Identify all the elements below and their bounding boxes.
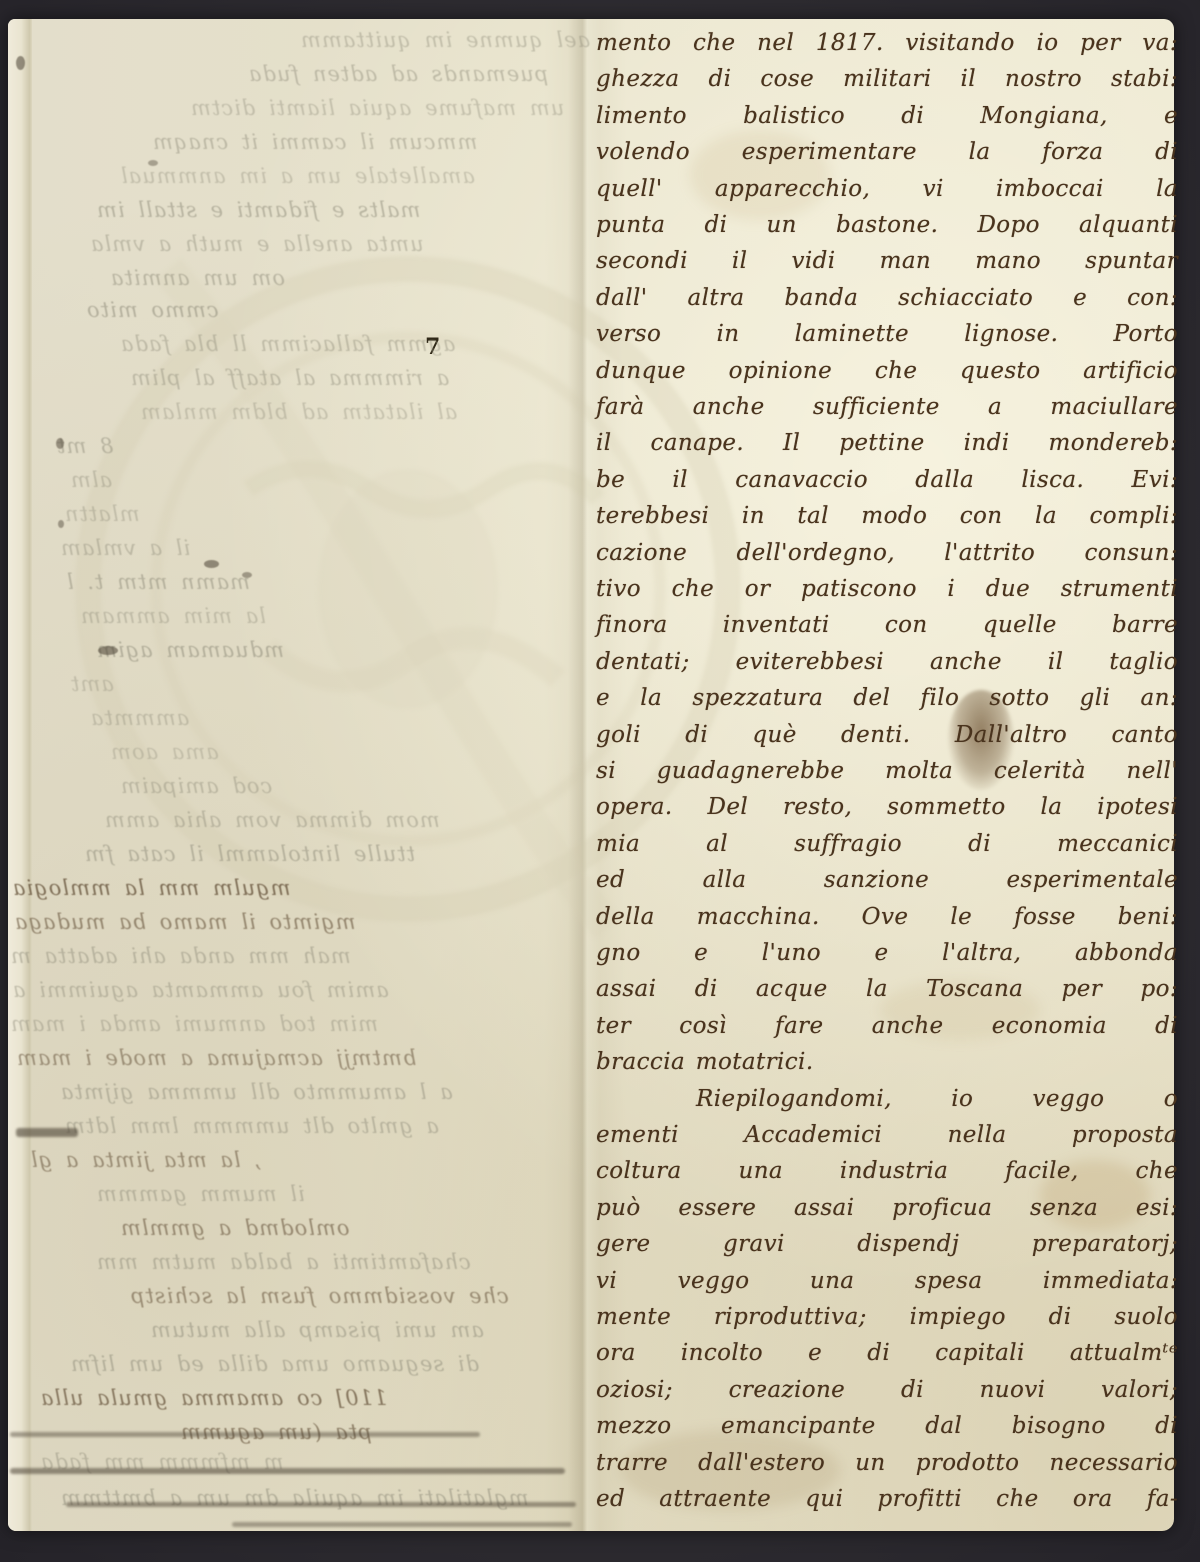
ink-speck bbox=[16, 56, 25, 70]
bleed-through-line: um mafume aquia liamti dictm bbox=[190, 98, 564, 119]
bleed-through-line: a gmlto dlt ummmm lmm ldtm bbox=[64, 1116, 439, 1137]
bleed-through-line: mom dimma vom ahia amm bbox=[104, 810, 440, 831]
bleed-through-line: am umi pisamp alla mutum bbox=[150, 1320, 484, 1341]
manuscript-line: ora incolto e di capitali attualmᵗᵉ bbox=[596, 1338, 1178, 1374]
manuscript-line: Riepilogandomi, io veggo o bbox=[596, 1084, 1178, 1120]
ink-speck bbox=[58, 520, 64, 528]
paper-edge bbox=[8, 19, 32, 1531]
manuscript-line: dentati; eviterebbesi anche il taglio bbox=[596, 647, 1178, 683]
bleed-through-line: a l amummto dll ummma gijmta bbox=[60, 1082, 453, 1103]
bleed-through-line: , la mta jimta a gl bbox=[30, 1150, 261, 1171]
manuscript-line: ter così fare anche economia di bbox=[596, 1011, 1178, 1047]
manuscript-line: gere gravi dispendj preparatorj; bbox=[596, 1229, 1178, 1265]
manuscript-line: punta di un bastone. Dopo alquanti bbox=[596, 210, 1178, 246]
manuscript-line: mezzo emancipante dal bisogno di bbox=[596, 1411, 1178, 1447]
manuscript-line: quell' apparecchio, vi imboccai la bbox=[596, 174, 1178, 210]
manuscript-line: tivo che or patiscono i due strumenti bbox=[596, 574, 1178, 610]
bleed-through-line: ammmta bbox=[90, 708, 189, 729]
bleed-through-line: amt bbox=[70, 674, 114, 695]
bleed-through-line: mgulm mm la mmlogia bbox=[12, 878, 290, 899]
manuscript-line: terebbesi in tal modo con la compli: bbox=[596, 501, 1178, 537]
manuscript-line: oziosi; creazione di nuovi valori; bbox=[596, 1375, 1178, 1411]
bleed-through-line: il mumm gammm bbox=[96, 1184, 305, 1205]
ink-speck bbox=[204, 560, 219, 568]
bleed-through-line: ama aom bbox=[110, 742, 219, 763]
bleed-through-line: al ilatatm ad bldm mnlam bbox=[140, 402, 457, 423]
bleed-through-line: malts e fidamti e sttall im bbox=[96, 200, 420, 221]
ink-smudge bbox=[232, 1522, 572, 1527]
bleed-through-line: amalletale um a im anmmual bbox=[120, 166, 475, 187]
bleed-through-line: umta anella e muth a vmla bbox=[90, 234, 424, 255]
manuscript-line: mento che nel 1817. visitando io per va: bbox=[596, 28, 1178, 64]
manuscript-line: opera. Del resto, sommetto la ipotesi bbox=[596, 792, 1178, 828]
manuscript-line: dall' altra banda schiacciato e con: bbox=[596, 283, 1178, 319]
manuscript-line: e la spezzatura del filo sotto gli an: bbox=[596, 683, 1178, 719]
bleed-through-line: a rimmma al ataff al plim bbox=[130, 368, 449, 389]
bleed-through-line: cmmo mito bbox=[86, 300, 219, 321]
ink-smudge bbox=[16, 1128, 78, 1137]
manuscript-line: della macchina. Ove le fosse beni: bbox=[596, 902, 1178, 938]
bleed-through-line: amim fou ammamta aguimmi a bbox=[12, 980, 389, 1001]
bleed-through-line: mim tod anmumi amda i mam bbox=[10, 1014, 378, 1035]
manuscript-line: be il canavaccio dalla lisca. Evi: bbox=[596, 465, 1178, 501]
manuscript-line: finora inventati con quelle barre bbox=[596, 610, 1178, 646]
manuscript-line: farà anche sufficiente a maciullare bbox=[596, 392, 1178, 428]
ink-smudge bbox=[66, 1502, 576, 1507]
ink-speck bbox=[242, 572, 252, 578]
bleed-through-line: mduamam agim bbox=[96, 640, 284, 661]
manuscript-line: dunque opinione che questo artificio bbox=[596, 356, 1178, 392]
manuscript-line: braccia motatrici. bbox=[596, 1047, 1178, 1083]
manuscript-line: ementi Accademici nella proposta bbox=[596, 1120, 1178, 1156]
ink-speck bbox=[56, 438, 64, 449]
manuscript-line: ed alla sanzione esperimentale bbox=[596, 865, 1178, 901]
manuscript-line: si guadagnerebbe molta celerità nell' bbox=[596, 756, 1178, 792]
bleed-through-line: 110] co amamma gmula ulla bbox=[40, 1388, 387, 1409]
bleed-through-line: mmcum il cammi it cnaqm bbox=[152, 132, 477, 153]
manuscript-line: secondi il vidi man mano spuntar bbox=[596, 246, 1178, 282]
manuscript-line: ghezza di cose militari il nostro stabi: bbox=[596, 64, 1178, 100]
manuscript-line: vi veggo una spesa immediata: bbox=[596, 1266, 1178, 1302]
bleed-through-line: il a vmlam bbox=[60, 538, 190, 559]
bleed-through-line: om um anmita bbox=[110, 268, 285, 289]
bleed-through-line: omlodmd a gmmlm bbox=[120, 1218, 349, 1239]
bleed-through-line: che vossidmmo fusm la schistp bbox=[130, 1286, 509, 1307]
bleed-through-line: la mim ammam bbox=[80, 606, 266, 627]
bleed-through-line: di seguamo uma dilla ed um lifm bbox=[70, 1354, 479, 1375]
manuscript-line: il canape. Il pettine indi mondereb: bbox=[596, 428, 1178, 464]
manuscript-line: volendo esperimentare la forza di bbox=[596, 137, 1178, 173]
manuscript-line: coltura una industria facile, che bbox=[596, 1156, 1178, 1192]
ink-speck bbox=[148, 160, 158, 166]
bleed-through-line: bmtmjj acmajuma a mode i mam bbox=[16, 1048, 416, 1069]
manuscript-line: ed attraente qui profitti che ora fa- bbox=[596, 1484, 1178, 1520]
ink-smudge bbox=[10, 1468, 565, 1474]
bleed-through-line: alm bbox=[70, 470, 112, 491]
bleed-through-line: agmm fallacimm ll bla fada bbox=[120, 334, 455, 355]
bleed-through-line: mlattn bbox=[64, 504, 140, 525]
manuscript-line: mia al suffragio di meccanici bbox=[596, 829, 1178, 865]
bleed-through-line: chafamtimti a balda mutm mm bbox=[96, 1252, 471, 1273]
manuscript-line: gno e l'uno e l'altra, abbonda bbox=[596, 938, 1178, 974]
bleed-through-line: ttulle lintolamml il cata fm bbox=[84, 844, 415, 865]
manuscript-line: trarre dall'estero un prodotto necessari… bbox=[596, 1448, 1178, 1484]
bleed-through-line: mah mm anda ahi adatta m bbox=[10, 946, 351, 967]
ink-smudge bbox=[10, 1432, 480, 1437]
bleed-through-line: mgimto il mamo ba mudaga bbox=[14, 912, 356, 933]
manuscript-line: mente riproduttiva; impiego di suolo bbox=[596, 1302, 1178, 1338]
bleed-through-line: cod amipaim bbox=[120, 776, 272, 797]
bleed-through-line: 8 mt bbox=[56, 436, 113, 457]
bleed-through-line: mamn mtm t. l bbox=[66, 572, 250, 593]
manuscript-line: può essere assai proficua senza esi: bbox=[596, 1193, 1178, 1229]
ink-speck bbox=[98, 646, 118, 655]
manuscript-line: goli di què denti. Dall'altro canto bbox=[596, 720, 1178, 756]
manuscript-line: assai di acque la Toscana per po: bbox=[596, 974, 1178, 1010]
manuscript-line: limento balistico di Mongiana, e bbox=[596, 101, 1178, 137]
bleed-through-line: puemands ad adten fuda bbox=[248, 64, 548, 85]
manuscript-scan: 7 ael qumne im quittammpuemands ad adten… bbox=[0, 0, 1200, 1562]
bleed-through-line: ael qumne im quittamm bbox=[300, 30, 590, 51]
manuscript-line: verso in laminette lignose. Porto bbox=[596, 319, 1178, 355]
manuscript-line: cazione dell'ordegno, l'attrito consun: bbox=[596, 538, 1178, 574]
